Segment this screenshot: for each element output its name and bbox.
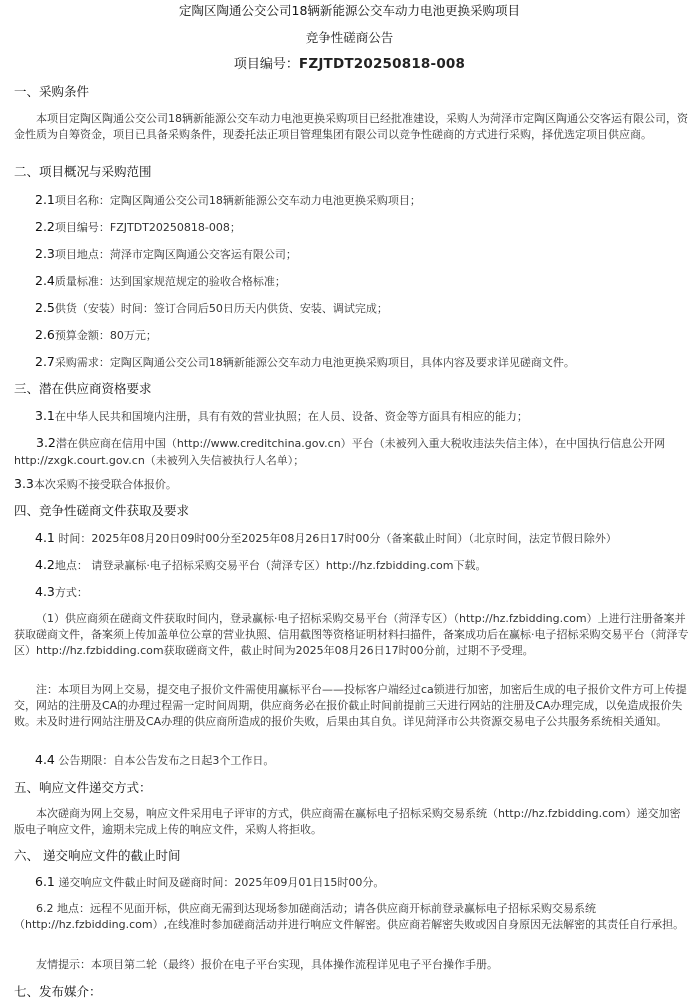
item-4-4: 4.4 公告期限：自本公告发布之日起3个工作日。 (35, 752, 699, 769)
section-1-paragraph: 本项目定陶区陶通公交公司18辆新能源公交车动力电池更换采购项目已经批准建设，采购… (14, 111, 689, 143)
method-paragraph: （1）供应商须在磋商文件获取时间内，登录赢标·电子招标采购交易平台（菏泽专区）（… (14, 611, 689, 659)
item-2-2: 2.2项目编号：FZJTDT20250818-008； (35, 219, 699, 236)
project-code-label: 项目编号： (234, 57, 299, 72)
item-6-1: 6.1 递交响应文件截止时间及磋商时间：2025年09月01日15时00分。 (35, 874, 699, 891)
project-code-value: FZJTDT20250818-008 (299, 56, 465, 72)
section-heading-4: 四、竞争性磋商文件获取及要求 (14, 503, 699, 519)
section-heading-1: 一、采购条件 (14, 84, 699, 100)
item-4-2: 4.2地点： 请登录赢标·电子招标采购交易平台（菏泽专区）http://hz.f… (35, 557, 699, 574)
item-2-1: 2.1项目名称：定陶区陶通公交公司18辆新能源公交车动力电池更换采购项目； (35, 192, 699, 209)
item-4-1: 4.1 时间：2025年08月20日09时00分至2025年08月26日17时0… (35, 530, 699, 547)
item-6-2-paragraph: 6.2 地点：远程不见面开标，供应商无需到达现场参加磋商活动；请各供应商开标前登… (14, 901, 689, 933)
item-3-1: 3.1在中华人民共和国境内注册，具有有效的营业执照；在人员、设备、资金等方面具有… (35, 408, 699, 425)
item-2-4: 2.4质量标准：达到国家规范规定的验收合格标准； (35, 273, 699, 290)
note-paragraph: 注：本项目为网上交易，提交电子报价文件需使用赢标平台——投标客户端经过ca锁进行… (14, 682, 689, 730)
item-2-7: 2.7采购需求：定陶区陶通公交公司18辆新能源公交车动力电池更换采购项目，具体内… (35, 354, 699, 371)
item-3-2: 3.2潜在供应商在信用中国（http://www.creditchina.gov… (14, 435, 689, 469)
section-heading-5: 五、响应文件递交方式： (14, 780, 699, 796)
section-heading-3: 三、潜在供应商资格要求 (14, 381, 699, 397)
section-heading-2: 二、项目概况与采购范围 (14, 164, 699, 180)
friendly-tip: 友情提示：本项目第二轮（最终）报价在电子平台实现，具体操作流程详见电子平台操作手… (14, 957, 689, 973)
item-3-3: 3.3本次采购不接受联合体报价。 (14, 476, 699, 493)
project-code: 项目编号：FZJTDT20250818-008 (0, 56, 699, 73)
item-2-6: 2.6预算金额：80万元； (35, 327, 699, 344)
item-2-5: 2.5供货（安装）时间：签订合同后50日历天内供货、安装、调试完成； (35, 300, 699, 317)
item-2-3: 2.3项目地点：菏泽市定陶区陶通公交客运有限公司； (35, 246, 699, 263)
item-4-3: 4.3方式： (35, 584, 699, 601)
document-title: 定陶区陶通公交公司18辆新能源公交车动力电池更换采购项目 (0, 3, 699, 19)
section-heading-6: 六、 递交响应文件的截止时间 (14, 848, 699, 864)
document-subtitle: 竞争性磋商公告 (0, 30, 699, 46)
section-heading-7: 七、发布媒介： (14, 984, 699, 1000)
section-5-paragraph: 本次磋商为网上交易，响应文件采用电子评审的方式，供应商需在赢标电子招标采购交易系… (14, 806, 689, 838)
